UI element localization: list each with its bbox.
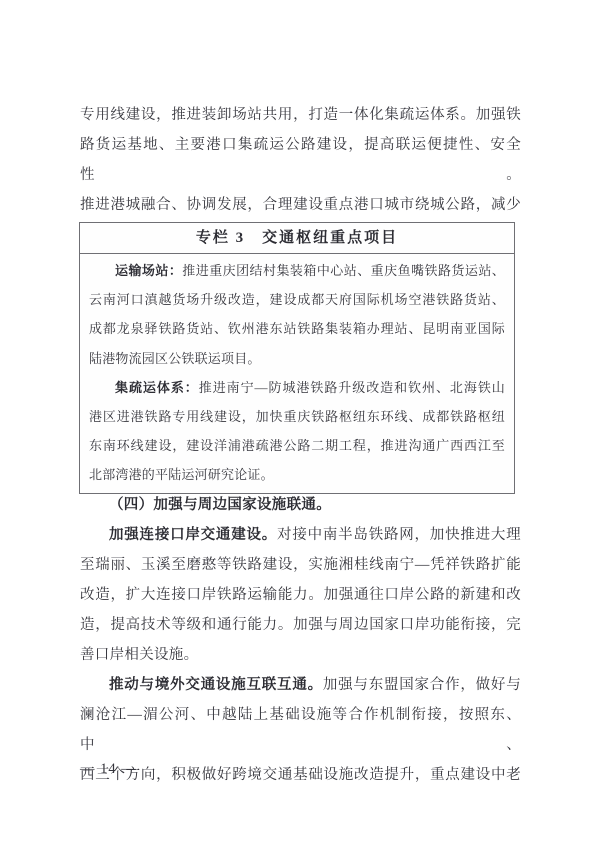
column-box-3: 专栏 3 交通枢纽重点项目 运输场站：推进重庆团结村集装箱中心站、重庆鱼嘴铁路货… [79,222,515,494]
paragraph-line: 西三个方向，积极做好跨境交通基础设施改造提升，重点建设中老 [80,760,521,790]
paragraph-line: 陆港物流园区公铁联运项目。 [89,344,505,373]
paragraph-line: 至瑞丽、玉溪至磨憨等铁路建设，实施湘桂线南宁—凭祥铁路扩能 [80,550,521,580]
paragraph-line: 路货运基地、主要港口集疏运公路建设，提高联运便捷性、安全性。 [80,130,521,190]
paragraph-line: 北部湾港的平陆运河研究论证。 [89,460,505,489]
paragraph-lead-label: 加强连接口岸交通建设。 [109,527,277,543]
paragraph-line: 造，提高技术等级和通行能力。加强与周边国家口岸功能衔接，完 [80,610,521,640]
paragraph-line: 运输场站：推进重庆团结村集装箱中心站、重庆鱼嘴铁路货运站、 [89,256,505,285]
column-box-title: 专栏 3 交通枢纽重点项目 [80,223,514,254]
paragraph-line: 推进港城融合、协调发展，合理建设重点港口城市绕城公路，减少 [80,190,521,220]
paragraph-line: 成都龙泉驿铁路货站、钦州港东站铁路集装箱办理站、昆明南亚国际 [89,314,505,343]
paragraph-text: 推进南宁—防城港铁路升级改造和钦州、北海铁山 [199,380,505,395]
paragraph-lead-label: 运输场站： [115,263,182,278]
paragraph-line: 推动与境外交通设施互联互通。加强与东盟国家合作，做好与 [80,670,521,700]
paragraph-lead-label: 集疏运体系： [115,380,199,395]
paragraph-line: 善口岸相关设施。 [80,640,521,670]
paragraph-text: 推进重庆团结村集装箱中心站、重庆鱼嘴铁路货运站、 [182,263,505,278]
cross-border-paragraph: 推动与境外交通设施互联互通。加强与东盟国家合作，做好与 澜沧江—湄公河、中越陆上… [80,670,521,790]
paragraph-line: 集疏运体系：推进南宁—防城港铁路升级改造和钦州、北海铁山 [89,373,505,402]
paragraph-line: 港区进港铁路专用线建设，加快重庆铁路枢纽东环线、成都铁路枢纽 [89,402,505,431]
column-box-body: 运输场站：推进重庆团结村集装箱中心站、重庆鱼嘴铁路货运站、 云南河口滇越货场升级… [80,254,514,493]
paragraph-text: 加强与东盟国家合作，做好与 [323,677,521,693]
paragraph-line: 云南河口滇越货场升级改造，建设成都天府国际机场空港铁路货站、 [89,285,505,314]
transport-stations-paragraph: 运输场站：推进重庆团结村集装箱中心站、重庆鱼嘴铁路货运站、 云南河口滇越货场升级… [89,256,505,373]
section-4-heading-block: （四）加强与周边国家设施联通。 [80,490,521,520]
paragraph-line: 改造，扩大连接口岸铁路运输能力。加强通往口岸公路的新建和改 [80,580,521,610]
paragraph-text: 对接中南半岛铁路网，加快推进大理 [277,527,521,543]
page-number: — 14 — [80,761,137,778]
paragraph-line: 澜沧江—湄公河、中越陆上基础设施等合作机制衔接，按照东、中、 [80,700,521,760]
paragraph-line: 加强连接口岸交通建设。对接中南半岛铁路网，加快推进大理 [80,520,521,550]
collection-system-paragraph: 集疏运体系：推进南宁—防城港铁路升级改造和钦州、北海铁山 港区进港铁路专用线建设… [89,373,505,490]
section-heading: （四）加强与周边国家设施联通。 [80,490,521,520]
document-page: { "document": { "intro_para": { "lines":… [0,0,600,848]
border-port-paragraph: 加强连接口岸交通建设。对接中南半岛铁路网，加快推进大理 至瑞丽、玉溪至磨憨等铁路… [80,520,521,670]
paragraph-line: 东南环线建设，建设洋浦港疏港公路二期工程，推进沟通广西西江至 [89,431,505,460]
paragraph-lead-label: 推动与境外交通设施互联互通。 [109,677,323,693]
paragraph-line: 专用线建设，推进装卸场站共用，打造一体化集疏运体系。加强铁 [80,100,521,130]
